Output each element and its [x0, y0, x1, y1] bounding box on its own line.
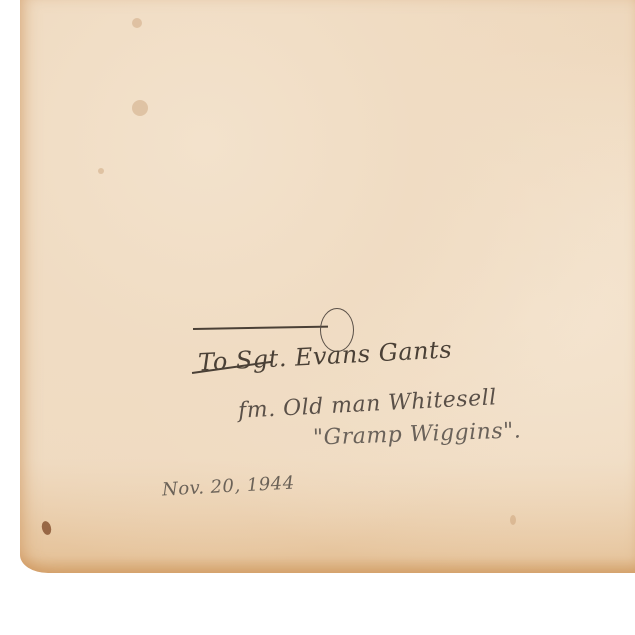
foxing-spot [132, 18, 142, 28]
aged-paper-sheet [20, 0, 635, 573]
foxing-spot [510, 515, 516, 525]
foxing-spot [98, 168, 104, 174]
foxing-spot [132, 100, 148, 116]
